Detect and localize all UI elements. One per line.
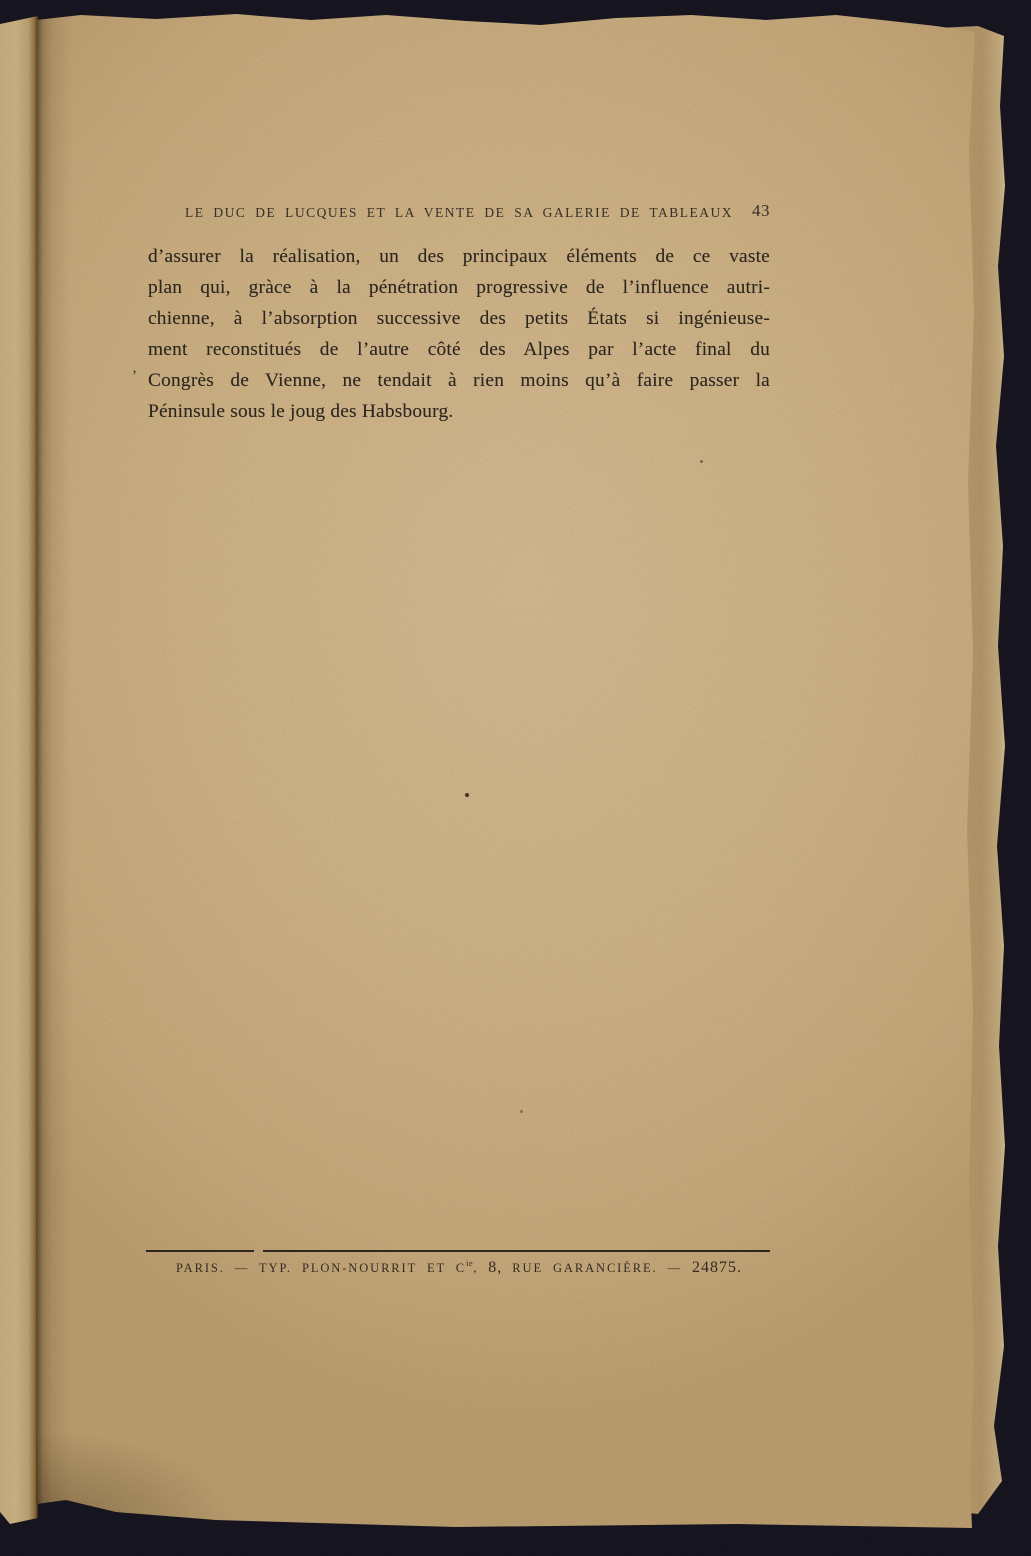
- imprint-street-number: 8,: [488, 1259, 502, 1276]
- text-line: ment reconstitués de l’autre côté des Al…: [148, 334, 770, 365]
- printer-imprint: PARIS. — TYP. PLON-NOURRIT ET Cie, 8, RU…: [148, 1258, 770, 1277]
- running-header-title: LE DUC DE LUCQUES ET LA VENTE DE SA GALE…: [185, 205, 733, 220]
- text-line: Congrès de Vienne, ne tendait à rien moi…: [148, 365, 770, 396]
- imprint-text: PARIS. — TYP. PLON-NOURRIT ET C: [176, 1261, 466, 1275]
- text-line: chienne, à l’absorption successive des p…: [148, 303, 770, 334]
- paper-speck: [520, 1110, 523, 1113]
- page-curl-shadow: [36, 1428, 236, 1528]
- body-paragraph: ’ d’assurer la réalisation, un des princ…: [148, 241, 770, 427]
- margin-mark: ’: [132, 361, 137, 392]
- text-line: Péninsule sous le joug des Habsbourg.: [148, 396, 770, 427]
- running-header: LE DUC DE LUCQUES ET LA VENTE DE SA GALE…: [148, 205, 770, 221]
- book-scan: LE DUC DE LUCQUES ET LA VENTE DE SA GALE…: [0, 0, 1031, 1556]
- footer-rule: [146, 1250, 770, 1252]
- imprint-text: RUE GARANCIÈRE. —: [502, 1261, 692, 1275]
- text-line: d’assurer la réalisation, un des princip…: [148, 241, 770, 272]
- imprint-job-number: 24875.: [692, 1259, 742, 1276]
- book-gutter: [36, 12, 72, 1528]
- book-page: LE DUC DE LUCQUES ET LA VENTE DE SA GALE…: [36, 12, 975, 1528]
- imprint-text: ,: [473, 1261, 488, 1275]
- paper-speck: [465, 793, 469, 797]
- text-line: plan qui, gràce à la pénétration progres…: [148, 272, 770, 303]
- paper-speck: [700, 460, 703, 463]
- facing-page-edge: [0, 14, 38, 1524]
- page-number: 43: [752, 201, 770, 221]
